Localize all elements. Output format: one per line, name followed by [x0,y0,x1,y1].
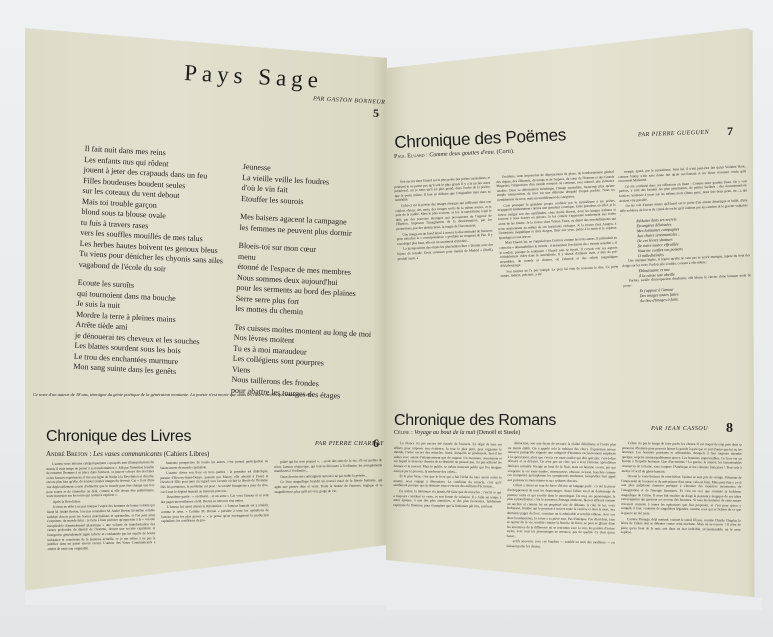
article-paragraph: La juxtaposition des objets les plus hét… [397,243,494,261]
article-paragraph: distraction, soit une façon de secourir … [507,441,616,484]
subtitle-publisher: (Corti). [497,149,515,156]
romans-column-2: distraction, soit une façon de secourir … [506,441,616,572]
article-paragraph: Et le plus beau, c'est que le livre qui … [393,474,501,489]
pays-sage-byline: par GASTON BONNEUR [313,96,386,106]
subtitle-author: Paul Eluard [394,153,425,160]
poem-column-1: Il fait nuit dans mes reinsLes enfants n… [73,144,229,380]
chronique-livres-subtitle: André Breton : Les vases communicants (C… [46,450,209,458]
article-paragraph: C'est pourquoi la grandeur propre confér… [497,198,617,240]
page-number-8: 8 [726,421,733,437]
article-paragraph: L'auteur nous informe catégoriquement « … [46,460,155,499]
article-paragraph: L'auteur divise son livre en trois parti… [160,469,268,494]
article-paragraph: Je tiens en effet à ne pas tromper l'esp… [47,503,156,551]
left-page: Pays Sage par GASTON BONNEUR 5 Il fait n… [25,28,387,603]
article-paragraph: L'Amour lui aussi attend la Révolution :… [161,503,269,523]
poemes-column-2: l'extrême, cette impression de dépayseme… [496,170,624,390]
article-paragraph: Céline a réussi un tour de force d'écrir… [507,483,616,540]
article-paragraph: humaine perspective de toutes les autres… [160,459,268,470]
poem-column-2: JeunesseLa vieille veille les foudresd'o… [231,162,380,403]
article-paragraph: actifs souvenir, avec ces Vaudois — semb… [506,539,614,550]
subtitle-work: Les vases communicants [93,450,162,458]
article-paragraph: Deuxième partie : « en liberté... et un … [161,493,269,504]
romans-column-1: La chance n'a pas encore été clamée de l… [392,441,502,567]
editor-note: Ce texte d'un auteur de 18 ans, témoigne… [33,392,383,397]
article-paragraph: Devant le vaste horizon de cette bêtise,… [621,474,742,517]
subtitle-publisher: (Denoël et Steele) [477,430,520,436]
article-paragraph: Céline n'a pas le temps de faire parler … [622,441,742,475]
chronique-poemes-title: Chronique des Poëmes [394,125,566,153]
pays-sage-title: Pays Sage [184,60,324,94]
chronique-romans-title: Chronique des Romans [394,412,556,430]
page-number-7: 7 [727,124,733,139]
chronique-romans-byline: par JEAN CASSOU [651,426,708,432]
verse-block-1: Réduites dans ses secretsEtrangères déla… [620,213,750,259]
chronique-livres-title: Chronique des Livres [46,428,191,446]
article-paragraph: Ce livre magnifique brandit un nouvel es… [274,478,382,494]
article-paragraph: Comme Panurge, déjà nommé, comme le sole… [621,516,741,536]
page-number-5: 5 [373,106,379,121]
subtitle-author: André Breton [46,450,88,458]
article-paragraph: l'extrême, cette impression de dépayseme… [496,170,615,203]
article-paragraph: Son succès dans Eluard est le plus poète… [394,176,491,203]
poemes-column-1: Son succès dans Eluard est le plus poète… [394,176,500,395]
article-paragraph: priété qui lui sont propres », ... pour … [274,458,382,474]
subtitle-author: Céline [394,430,410,436]
romans-column-3: Céline n'a pas le temps de faire parler … [620,441,742,593]
article-paragraph: En réalité, la littérature n'a jamais ét… [393,489,501,509]
subtitle-work: Voyage au bout de la nuit [414,430,475,436]
article-paragraph: La chance n'a pas encore été clamée de l… [394,441,502,475]
poemes-column-3: trempé, épuré, par le surréalisme. Sans … [618,164,757,410]
article-paragraph: Mais Eluard, lui, ne s'appelait pas Cosm… [499,236,618,269]
article-paragraph: Celui-ci est la poésie des images étrang… [395,200,492,232]
subtitle-publisher: (Cahiers Libres) [164,450,210,458]
page-number-6: 6 [373,436,379,451]
right-page: Chronique des Poëmes Paul Eluard : Comme… [386,28,762,603]
chronique-poemes-byline: par PIERRE GUEGUEN [638,130,709,138]
chronique-romans-subtitle: Céline : Voyage au bout de la nuit (Deno… [394,430,520,436]
